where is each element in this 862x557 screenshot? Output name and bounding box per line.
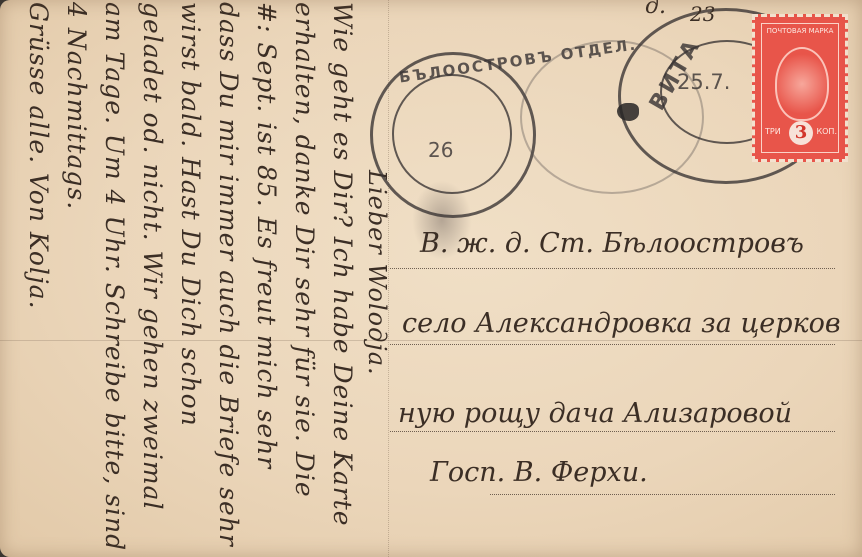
- stamp-value: 3: [789, 121, 813, 145]
- corner-note: д.: [645, 0, 666, 19]
- postage-stamp: ПОЧТОВАЯ МАРКА ТРИ 3 КОП.: [752, 14, 848, 162]
- postmark-right-date: 25.7.: [677, 70, 730, 94]
- postcard-back: Lieber Woloдja. Wie geht es Dir? Ich hab…: [0, 0, 862, 557]
- address-rule: [390, 431, 835, 432]
- address-line: В. ж. д. Ст. Бѣлоостровъ: [420, 228, 804, 259]
- eagle-emblem-icon: [775, 47, 829, 121]
- message-greeting: Lieber Woloдja.: [363, 170, 391, 376]
- postmark-top-note: 23: [690, 2, 715, 26]
- address-rule: [390, 344, 835, 345]
- message-line: 4 Nachmittags.: [62, 2, 91, 210]
- stamp-left-label: ТРИ: [765, 127, 781, 136]
- stamp-header: ПОЧТОВАЯ МАРКА: [755, 27, 845, 35]
- handwritten-message: Lieber Woloдja. Wie geht es Dir? Ich hab…: [0, 0, 385, 557]
- message-line: wirst bald. Hast Du Dich schon: [176, 2, 205, 427]
- message-line: #: Sept. ist 85. Es freut mich sehr: [252, 2, 281, 469]
- message-line: erhalten, danke Dir sehr für sie. Die: [290, 2, 319, 498]
- ink-blob: [617, 103, 639, 121]
- address-line: село Александровка за церков: [402, 308, 841, 339]
- postmark-beloostrov-date: 26: [428, 138, 453, 162]
- message-line: dass Du mir immer auch die Briefe sehr: [214, 2, 243, 547]
- message-line: am Tage. Um 4 Uhr. Schreibe bitte, sind: [100, 2, 129, 551]
- address-rule: [490, 494, 835, 495]
- postmark-beloostrov-inner: [392, 74, 512, 194]
- stamp-right-label: КОП.: [816, 127, 837, 136]
- address-rule: [390, 268, 835, 269]
- message-line: Wie geht es Dir? Ich habe Deine Karte: [328, 2, 357, 527]
- message-line: Grüsse alle. Von Kolja.: [24, 2, 53, 310]
- message-line: geladet od. nicht. Wir gehen zweimal: [138, 2, 167, 510]
- address-line: ную рощу дача Ализаровой: [398, 398, 792, 429]
- address-line: Госп. В. Ферхи.: [430, 457, 648, 488]
